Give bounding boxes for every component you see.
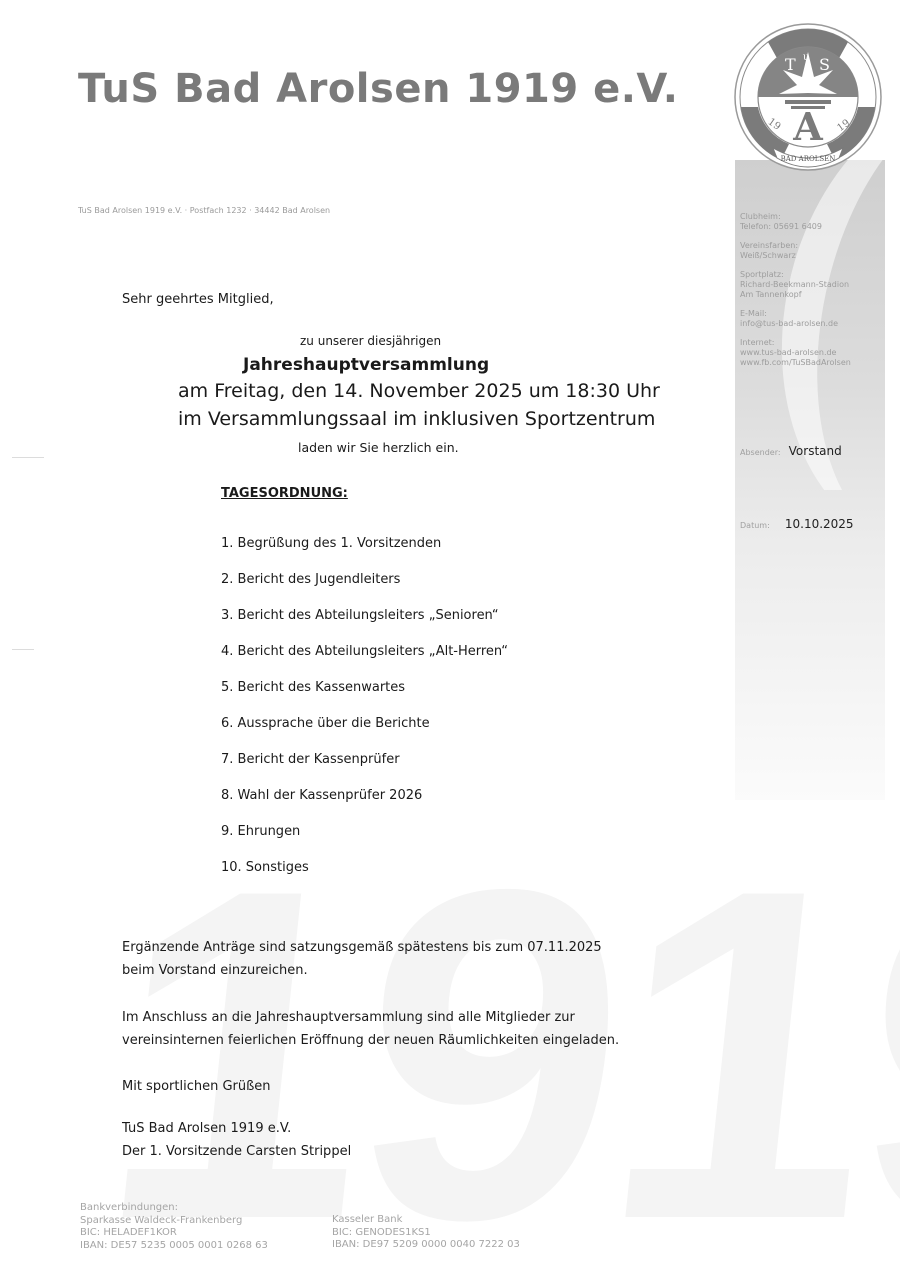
invite-text: laden wir Sie herzlich ein. [298,440,459,455]
opening-paragraph: Im Anschluss an die Jahreshauptversammlu… [122,1006,619,1052]
event-title: Jahreshauptversammlung [243,355,489,375]
email-link[interactable]: info@tus-bad-arolsen.de [740,319,885,329]
agenda-item: 5. Bericht des Kassenwartes [221,679,508,715]
svg-text:BAD AROLSEN: BAD AROLSEN [781,155,836,163]
club-logo-icon: T u S A 19 19 BAD AROLSEN [733,22,883,172]
svg-text:S: S [819,55,830,74]
agenda-item: 2. Bericht des Jugendleiters [221,571,508,607]
fold-mark [12,457,44,458]
sidebar-contact-info: Clubheim: Telefon: 05691 6409 Vereinsfar… [740,212,885,377]
agenda-item: 3. Bericht des Abteilungsleiters „Senior… [221,607,508,643]
organization-title: TuS Bad Arolsen 1919 e.V. [78,66,678,112]
absender-label: Absender: [740,448,781,457]
agenda-item: 9. Ehrungen [221,823,508,859]
agenda-list: 1. Begrüßung des 1. Vorsitzenden 2. Beri… [221,535,508,895]
svg-text:u: u [803,52,810,63]
agenda-title: TAGESORDNUNG: [221,486,348,501]
motions-paragraph: Ergänzende Anträge sind satzungsgemäß sp… [122,936,602,982]
date-value: 10.10.2025 [785,517,854,531]
absender-value: Vorstand [789,444,842,458]
closing-greeting: Mit sportlichen Grüßen [122,1075,271,1098]
sidebar-block-sportplatz: Sportplatz: Richard-Beekmann-Stadion Am … [740,270,885,300]
agenda-item: 7. Bericht der Kassenprüfer [221,751,508,787]
website-link[interactable]: www.tus-bad-arolsen.de [740,348,885,358]
sender-address-line: TuS Bad Arolsen 1919 e.V. · Postfach 123… [78,206,330,215]
date-row: Datum: 10.10.2025 [740,513,854,532]
agenda-item: 8. Wahl der Kassenprüfer 2026 [221,787,508,823]
intro-text: zu unserer diesjährigen [300,334,441,348]
date-label: Datum: [740,521,770,530]
sidebar-block-clubheim: Clubheim: Telefon: 05691 6409 [740,212,885,232]
agenda-item: 4. Bericht des Abteilungsleiters „Alt-He… [221,643,508,679]
salutation: Sehr geehrtes Mitglied, [122,292,274,307]
agenda-item: 1. Begrüßung des 1. Vorsitzenden [221,535,508,571]
facebook-link[interactable]: www.fb.com/TuSBadArolsen [740,358,885,368]
sidebar-block-email: E-Mail: info@tus-bad-arolsen.de [740,309,885,329]
punch-mark [12,649,34,650]
event-date: am Freitag, den 14. November 2025 um 18:… [178,380,660,402]
event-place: im Versammlungssaal im inklusiven Sportz… [178,408,655,430]
sidebar-block-colors: Vereinsfarben: Weiß/Schwarz [740,241,885,261]
svg-text:A: A [792,104,823,149]
svg-text:T: T [785,55,796,74]
agenda-item: 10. Sonstiges [221,859,508,895]
bank-details-kasseler: Kasseler Bank BIC: GENODES1KS1 IBAN: DE9… [332,1214,520,1252]
bank-details-sparkasse: Bankverbindungen: Sparkasse Waldeck-Fran… [80,1202,268,1252]
agenda-item: 6. Aussprache über die Berichte [221,715,508,751]
signature-block: TuS Bad Arolsen 1919 e.V. Der 1. Vorsitz… [122,1117,351,1163]
absender-row: Absender: Vorstand [740,440,842,459]
sidebar-block-internet: Internet: www.tus-bad-arolsen.de www.fb.… [740,338,885,368]
bank-label: Bankverbindungen: [80,1202,268,1215]
